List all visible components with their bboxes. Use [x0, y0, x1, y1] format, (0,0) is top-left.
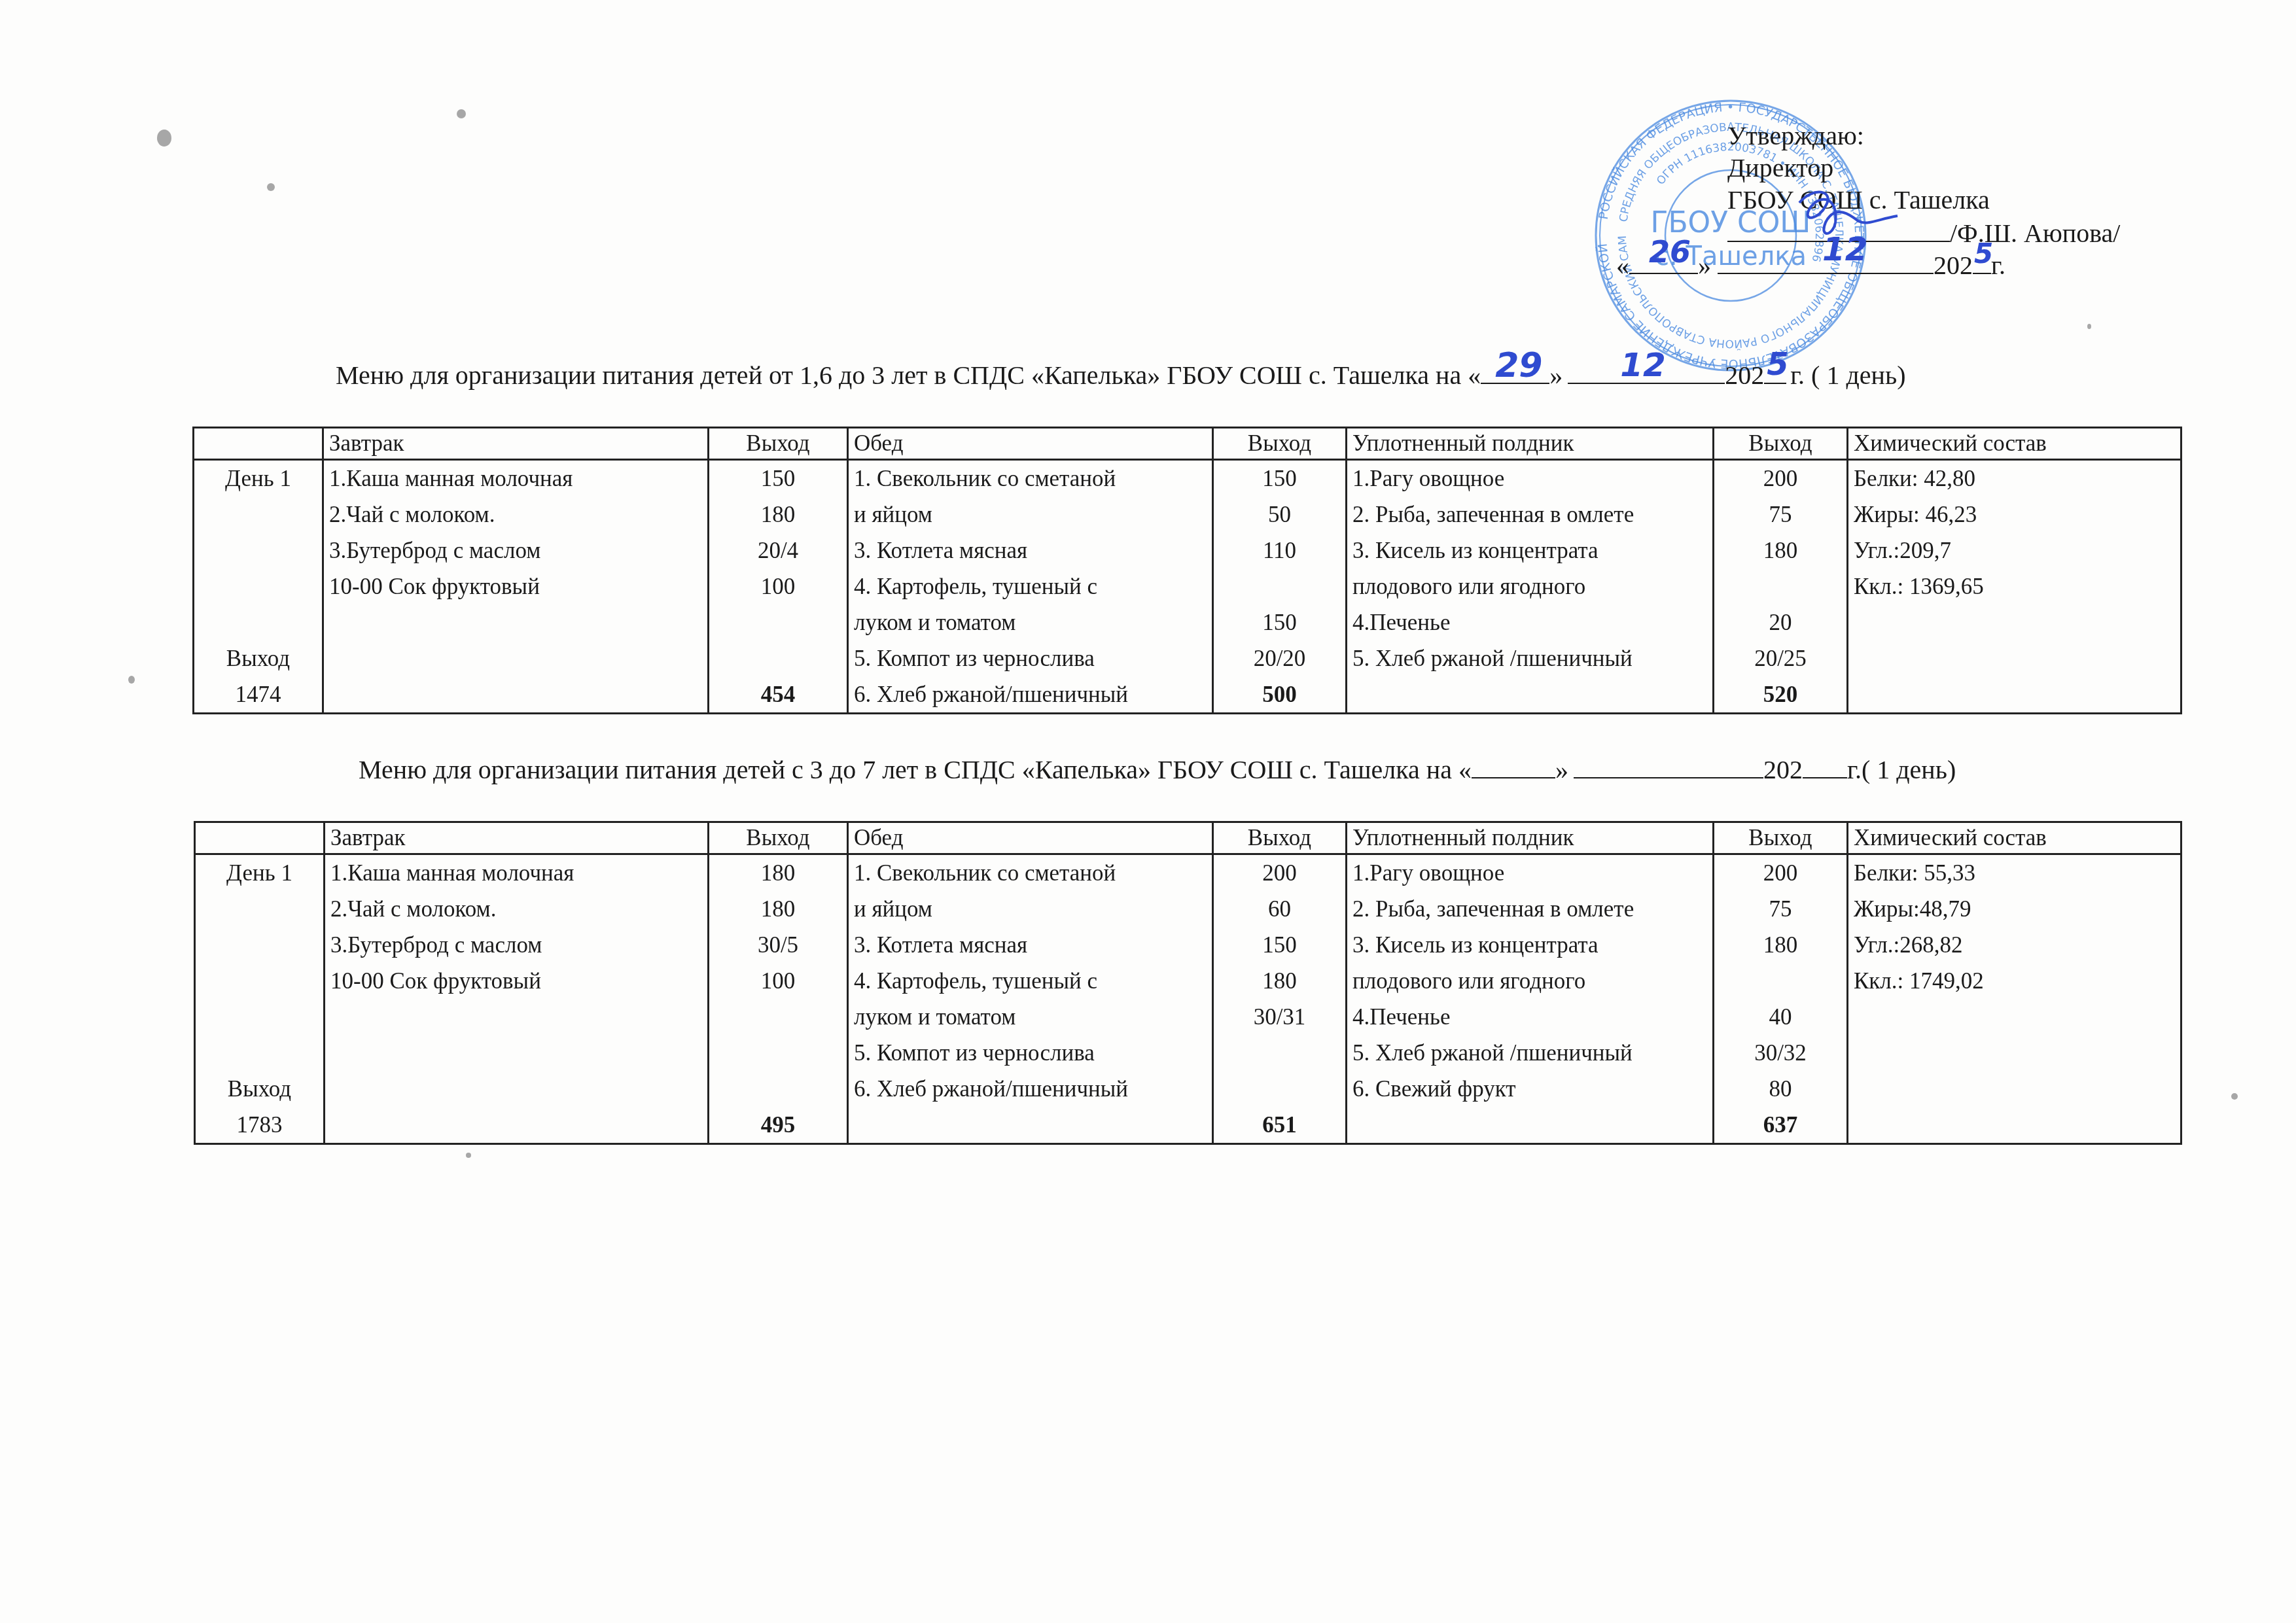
menu-table-2: Завтрак Выход Обед Выход Уплотненный пол… — [194, 821, 2182, 1145]
scan-speck — [457, 109, 466, 118]
header-output: Выход — [1714, 428, 1848, 460]
header-empty — [195, 822, 325, 854]
day-cell: День 1 Выход 1783 — [195, 854, 325, 1144]
list-item: 3.Бутерброд с маслом — [329, 532, 702, 568]
approval-block: Утверждаю: Директор ГБОУ СОШ с. Ташелка … — [1727, 120, 2120, 280]
list-item: 1.Рагу овощное — [1352, 461, 1707, 497]
list-item: 150 — [1219, 461, 1340, 497]
approval-year-field: 5 — [1973, 248, 1991, 274]
list-item: 20/4 — [715, 532, 841, 568]
list-item — [1720, 963, 1841, 999]
table-header-row: Завтрак Выход Обед Выход Уплотненный пол… — [195, 822, 2181, 854]
list-item: 200 — [1720, 855, 1841, 891]
menu-table-1: Завтрак Выход Обед Выход Уплотненный пол… — [192, 427, 2182, 714]
list-item — [854, 1107, 1207, 1143]
table-row: День 1 Выход 1474 1.Каша манная молочная… — [194, 460, 2181, 714]
total-label: Выход — [196, 1071, 323, 1107]
menu-title-1: Меню для организации питания детей от 1,… — [336, 360, 1905, 391]
list-item: 180 — [715, 497, 841, 532]
handwritten-year: 5 — [1974, 237, 1993, 270]
list-item: 30/32 — [1720, 1035, 1841, 1071]
title-year-field: 5 — [1764, 360, 1786, 384]
day-label: День 1 — [196, 855, 323, 891]
list-item: 180 — [715, 855, 841, 891]
lunch-items: 1. Свекольник со сметанойи яйцом3. Котле… — [848, 854, 1213, 1144]
list-item: 4.Печенье — [1352, 999, 1707, 1035]
table-row: День 1 Выход 1783 1.Каша манная молочная… — [195, 854, 2181, 1144]
year-prefix: 202 — [1763, 755, 1803, 784]
header-lunch: Обед — [848, 822, 1213, 854]
chemistry-values: Белки: 55,33Жиры:48,79Угл.:268,82Ккл.: 1… — [1848, 854, 2181, 1144]
handwritten-year: 5 — [1767, 346, 1788, 383]
list-item: 3.Бутерброд с маслом — [330, 927, 702, 963]
list-item: 5. Компот из чернослива — [854, 1035, 1207, 1071]
scan-speck — [128, 676, 135, 684]
approval-date: «26» 122025г. — [1616, 248, 2120, 280]
list-item: 20/25 — [1720, 640, 1841, 676]
quote-close: » — [1698, 251, 1711, 280]
breakfast-items: 1.Каша манная молочная2.Чай с молоком.3.… — [323, 460, 709, 714]
list-item: луком и томатом — [854, 604, 1207, 640]
day-label: День 1 — [194, 461, 322, 497]
header-empty — [194, 428, 323, 460]
list-item — [1720, 568, 1841, 604]
scan-speck — [2087, 324, 2091, 329]
header-output: Выход — [709, 822, 848, 854]
approval-day-field: 26 — [1629, 248, 1698, 274]
list-item: 180 — [1720, 532, 1841, 568]
list-item: 100 — [715, 568, 841, 604]
scan-speck — [2231, 1093, 2238, 1100]
title-month-field — [1574, 755, 1763, 778]
year-prefix: 202 — [1934, 251, 1973, 280]
year-prefix: 202 — [1725, 360, 1764, 390]
header-chemistry: Химический состав — [1848, 822, 2181, 854]
section-total: 495 — [709, 1107, 847, 1143]
list-item: Белки: 42,80 — [1854, 461, 2175, 497]
list-item: 200 — [1219, 855, 1340, 891]
list-item: 1.Рагу овощное — [1352, 855, 1707, 891]
header-chemistry: Химический состав — [1848, 428, 2181, 460]
snack-outputs: 200751802020/25520 — [1714, 460, 1848, 714]
list-item: 60 — [1219, 891, 1340, 927]
section-total: 520 — [1714, 676, 1846, 712]
lunch-outputs: 1505011015020/20500 — [1213, 460, 1347, 714]
list-item — [329, 604, 702, 640]
header-breakfast: Завтрак — [323, 428, 709, 460]
total-value: 1783 — [196, 1107, 323, 1143]
list-item — [1352, 676, 1707, 712]
header-snack: Уплотненный полдник — [1347, 822, 1714, 854]
list-item: Ккл.: 1749,02 — [1854, 963, 2175, 999]
list-item — [1219, 1035, 1340, 1071]
list-item — [715, 640, 841, 676]
lunch-outputs: 2006015018030/31651 — [1213, 854, 1347, 1144]
list-item: 2.Чай с молоком. — [330, 891, 702, 927]
approval-position: Директор — [1727, 152, 2120, 184]
section-total: 651 — [1214, 1107, 1345, 1143]
list-item: 40 — [1720, 999, 1841, 1035]
section-total: 500 — [1219, 676, 1340, 712]
title-suffix: г.( 1 день) — [1847, 755, 1956, 784]
list-item: 20 — [1720, 604, 1841, 640]
list-item — [715, 1071, 841, 1107]
header-lunch: Обед — [848, 428, 1213, 460]
list-item — [1219, 1071, 1340, 1107]
list-item: 5. Компот из чернослива — [854, 640, 1207, 676]
header-output: Выход — [1213, 428, 1347, 460]
list-item: 150 — [1219, 927, 1340, 963]
header-output: Выход — [1213, 822, 1347, 854]
list-item: 2. Рыба, запеченная в омлете — [1352, 891, 1707, 927]
list-item: 80 — [1720, 1071, 1841, 1107]
list-item: плодового или ягодного — [1352, 568, 1707, 604]
section-total: 454 — [709, 676, 847, 712]
list-item: 20/20 — [1219, 640, 1340, 676]
handwritten-day: 29 — [1495, 346, 1542, 385]
list-item: луком и томатом — [854, 999, 1207, 1035]
list-item: Жиры: 46,23 — [1854, 497, 2175, 532]
list-item: 1.Каша манная молочная — [330, 855, 702, 891]
lunch-items: 1. Свекольник со сметанойи яйцом3. Котле… — [848, 460, 1213, 714]
breakfast-outputs: 18018030/5100495 — [709, 854, 848, 1144]
list-item — [715, 999, 841, 1035]
list-item — [1352, 1107, 1707, 1143]
list-item: 30/5 — [715, 927, 841, 963]
quote-close: » — [1555, 755, 1568, 784]
table-header-row: Завтрак Выход Обед Выход Уплотненный пол… — [194, 428, 2181, 460]
handwritten-month: 12 — [1620, 346, 1666, 384]
list-item: 6. Свежий фрукт — [1352, 1071, 1707, 1107]
list-item: 3. Котлета мясная — [854, 532, 1207, 568]
list-item — [329, 676, 702, 712]
list-item: 180 — [1219, 963, 1340, 999]
list-item: 75 — [1720, 891, 1841, 927]
list-item: плодового или ягодного — [1352, 963, 1707, 999]
list-item — [1219, 568, 1340, 604]
list-item: 6. Хлеб ржаной/пшеничный — [854, 1071, 1207, 1107]
title-text: Меню для организации питания детей с 3 д… — [359, 755, 1472, 784]
quote-close: » — [1549, 360, 1563, 390]
list-item: 3. Котлета мясная — [854, 927, 1207, 963]
list-item: Угл.:209,7 — [1854, 532, 2175, 568]
breakfast-outputs: 15018020/4100454 — [709, 460, 848, 714]
list-item: Ккл.: 1369,65 — [1854, 568, 2175, 604]
list-item: 4. Картофель, тушеный с — [854, 963, 1207, 999]
list-item: 180 — [715, 891, 841, 927]
list-item: 2.Чай с молоком. — [329, 497, 702, 532]
scan-speck — [267, 183, 275, 191]
list-item: Белки: 55,33 — [1854, 855, 2175, 891]
snack-outputs: 200751804030/3280637 — [1714, 854, 1848, 1144]
list-item — [330, 999, 702, 1035]
scan-speck — [466, 1153, 471, 1158]
title-month-field: 12 — [1568, 360, 1725, 384]
header-breakfast: Завтрак — [325, 822, 709, 854]
list-item — [329, 640, 702, 676]
list-item — [330, 1035, 702, 1071]
list-item: 75 — [1720, 497, 1841, 532]
list-item: 4. Картофель, тушеный с — [854, 568, 1207, 604]
breakfast-items: 1.Каша манная молочная2.Чай с молоком.3.… — [325, 854, 709, 1144]
list-item: 10-00 Сок фруктовый — [329, 568, 702, 604]
total-value: 1474 — [194, 676, 322, 712]
title-day-field — [1472, 755, 1555, 778]
list-item — [715, 1035, 841, 1071]
title-text: Меню для организации питания детей от 1,… — [336, 360, 1481, 390]
header-snack: Уплотненный полдник — [1347, 428, 1714, 460]
scan-speck — [157, 130, 171, 147]
list-item: 30/31 — [1219, 999, 1340, 1035]
handwritten-day: 26 — [1649, 236, 1691, 268]
snack-items: 1.Рагу овощное2. Рыба, запеченная в омле… — [1347, 460, 1714, 714]
total-label: Выход — [194, 640, 322, 676]
list-item: 1. Свекольник со сметаной — [854, 461, 1207, 497]
snack-items: 1.Рагу овощное2. Рыба, запеченная в омле… — [1347, 854, 1714, 1144]
list-item: 3. Кисель из концентрата — [1352, 927, 1707, 963]
title-suffix: г. ( 1 день) — [1790, 360, 1905, 390]
list-item: 5. Хлеб ржаной /пшеничный — [1352, 1035, 1707, 1071]
header-output: Выход — [1714, 822, 1848, 854]
title-year-field — [1803, 755, 1847, 778]
list-item: 2. Рыба, запеченная в омлете — [1352, 497, 1707, 532]
list-item: 6. Хлеб ржаной/пшеничный — [854, 676, 1207, 712]
title-day-field: 29 — [1481, 360, 1549, 384]
list-item: 180 — [1720, 927, 1841, 963]
list-item: и яйцом — [854, 891, 1207, 927]
list-item: 110 — [1219, 532, 1340, 568]
list-item — [330, 1071, 702, 1107]
handwritten-month: 12 — [1822, 234, 1868, 266]
header-output: Выход — [709, 428, 848, 460]
list-item — [715, 604, 841, 640]
list-item: 150 — [715, 461, 841, 497]
menu-title-2: Меню для организации питания детей с 3 д… — [359, 754, 1956, 785]
day-cell: День 1 Выход 1474 — [194, 460, 323, 714]
list-item: 4.Печенье — [1352, 604, 1707, 640]
list-item: 3. Кисель из концентрата — [1352, 532, 1707, 568]
list-item: 100 — [715, 963, 841, 999]
list-item: 1.Каша манная молочная — [329, 461, 702, 497]
approval-month-field: 12 — [1718, 248, 1934, 274]
year-suffix: г. — [1991, 251, 2005, 280]
list-item: 200 — [1720, 461, 1841, 497]
list-item: 1. Свекольник со сметаной — [854, 855, 1207, 891]
list-item: Угл.:268,82 — [1854, 927, 2175, 963]
chemistry-values: Белки: 42,80Жиры: 46,23Угл.:209,7Ккл.: 1… — [1848, 460, 2181, 714]
list-item: 5. Хлеб ржаной /пшеничный — [1352, 640, 1707, 676]
list-item: и яйцом — [854, 497, 1207, 532]
section-total: 637 — [1714, 1107, 1846, 1143]
quote-open: « — [1616, 251, 1629, 280]
signature-line: /Ф.Ш. Аюпова/ — [1727, 216, 2120, 248]
list-item: Жиры:48,79 — [1854, 891, 2175, 927]
list-item: 10-00 Сок фруктовый — [330, 963, 702, 999]
approval-heading: Утверждаю: — [1727, 120, 2120, 152]
list-item: 50 — [1219, 497, 1340, 532]
list-item — [330, 1107, 702, 1143]
list-item: 150 — [1219, 604, 1340, 640]
